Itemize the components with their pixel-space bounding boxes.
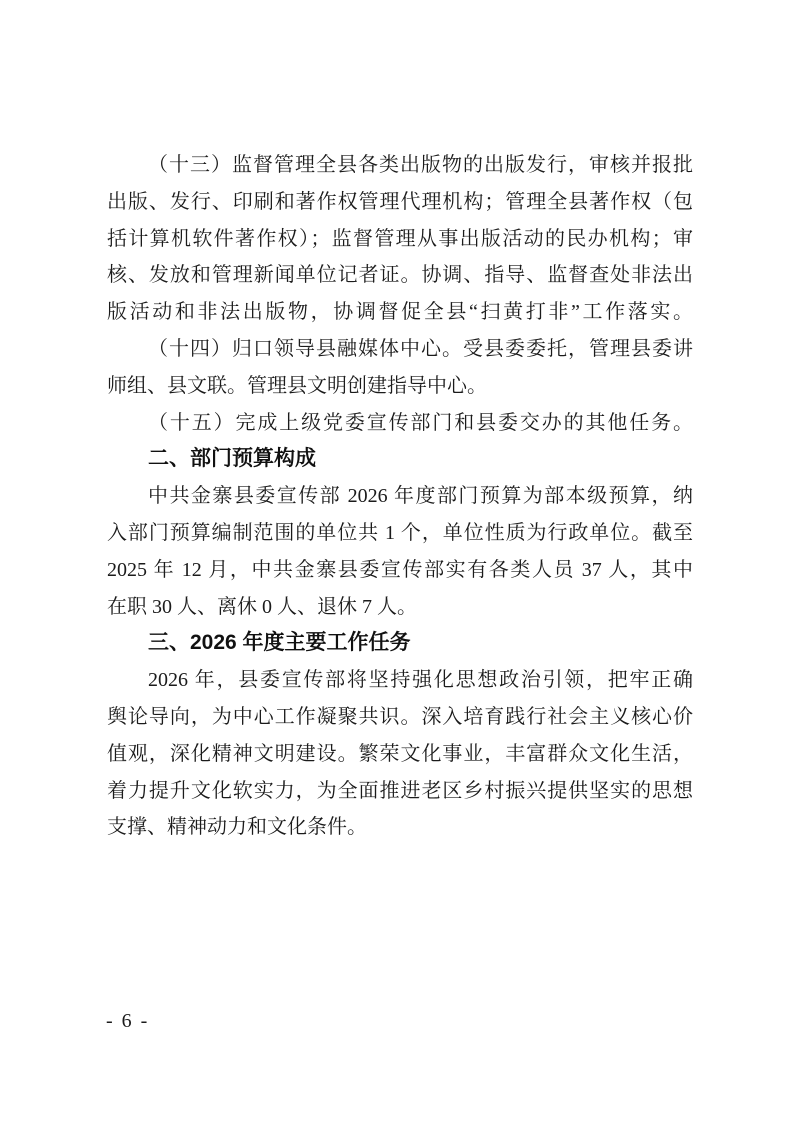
doc-line: 着力提升文化软实力，为全面推进老区乡村振兴提供坚实的思想 <box>107 773 693 810</box>
section-heading-main-tasks: 三、2026 年度主要工作任务 <box>107 625 693 662</box>
document-content: （十三）监督管理全县各类出版物的出版发行，审核并报批 出版、发行、印刷和著作权管… <box>107 147 693 846</box>
section-heading-budget-composition: 二、部门预算构成 <box>107 441 693 478</box>
doc-line: （十三）监督管理全县各类出版物的出版发行，审核并报批 <box>107 147 693 184</box>
doc-line: 舆论导向，为中心工作凝聚共识。深入培育践行社会主义核心价 <box>107 699 693 736</box>
doc-line: 入部门预算编制范围的单位共 1 个，单位性质为行政单位。截至 <box>107 515 693 552</box>
doc-line: 2025 年 12 月，中共金寨县委宣传部实有各类人员 37 人，其中 <box>107 552 693 589</box>
doc-line: 括计算机软件著作权）；监督管理从事出版活动的民办机构；审 <box>107 221 693 258</box>
doc-line: 2026 年，县委宣传部将坚持强化思想政治引领，把牢正确 <box>107 662 693 699</box>
doc-line: 支撑、精神动力和文化条件。 <box>107 809 693 846</box>
doc-line: 在职 30 人、离休 0 人、退休 7 人。 <box>107 589 693 626</box>
doc-line: 版活动和非法出版物，协调督促全县“扫黄打非”工作落实。 <box>107 294 693 331</box>
doc-line: （十五）完成上级党委宣传部门和县委交办的其他任务。 <box>107 405 693 442</box>
paragraph-budget-composition: 中共金寨县委宣传部 2026 年度部门预算为部本级预算，纳 入部门预算编制范围的… <box>107 478 693 625</box>
page-number: - 6 - <box>106 1010 149 1033</box>
document-page: （十三）监督管理全县各类出版物的出版发行，审核并报批 出版、发行、印刷和著作权管… <box>0 0 793 1122</box>
doc-line: 师组、县文联。管理县文明创建指导中心。 <box>107 368 693 405</box>
doc-line: 值观，深化精神文明建设。繁荣文化事业，丰富群众文化生活， <box>107 736 693 773</box>
paragraph-duty-13: （十三）监督管理全县各类出版物的出版发行，审核并报批 出版、发行、印刷和著作权管… <box>107 147 693 331</box>
doc-line: 出版、发行、印刷和著作权管理代理机构；管理全县著作权（包 <box>107 184 693 221</box>
doc-line: 中共金寨县委宣传部 2026 年度部门预算为部本级预算，纳 <box>107 478 693 515</box>
doc-line: 核、发放和管理新闻单位记者证。协调、指导、监督查处非法出 <box>107 257 693 294</box>
paragraph-duty-14: （十四）归口领导县融媒体中心。受县委委托，管理县委讲 师组、县文联。管理县文明创… <box>107 331 693 405</box>
paragraph-duty-15: （十五）完成上级党委宣传部门和县委交办的其他任务。 <box>107 405 693 442</box>
doc-line: （十四）归口领导县融媒体中心。受县委委托，管理县委讲 <box>107 331 693 368</box>
paragraph-main-tasks: 2026 年，县委宣传部将坚持强化思想政治引领，把牢正确 舆论导向，为中心工作凝… <box>107 662 693 846</box>
